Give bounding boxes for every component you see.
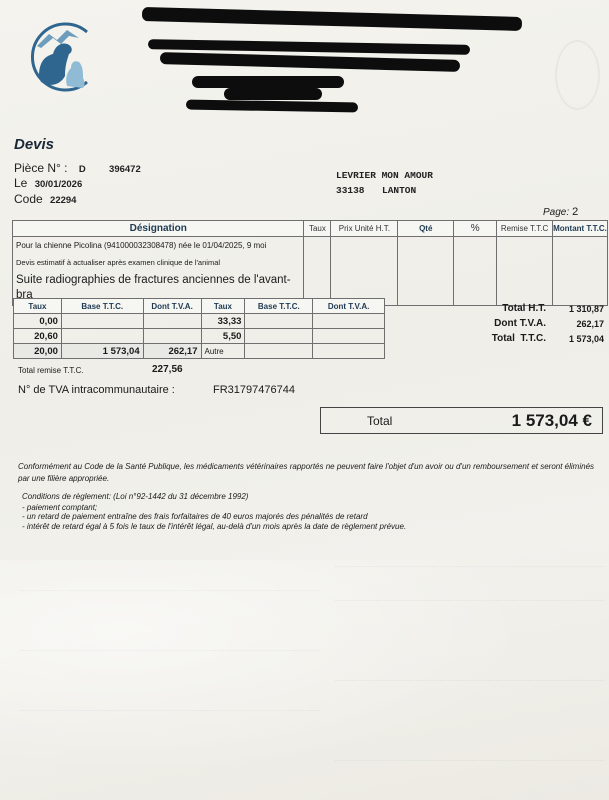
col-dont-tva-2: Dont T.V.A.	[313, 299, 385, 314]
col-qte: Qté	[398, 221, 454, 237]
col-taux-1: Taux	[14, 299, 62, 314]
taux-2: 33,33	[201, 314, 245, 329]
legal-notice: Conformément au Code de la Santé Publiqu…	[18, 461, 603, 485]
taux-2: Autre	[201, 344, 245, 359]
designation-line: Devis estimatif à actualiser après exame…	[13, 254, 303, 271]
remise-cell	[497, 237, 553, 306]
total-ht-label: Total H.T.	[456, 303, 546, 314]
tva-breakdown-table: Taux Base T.T.C. Dont T.V.A. Taux Base T…	[13, 298, 385, 359]
base-ttc-1: 1 573,04	[61, 344, 143, 359]
base-ttc-2	[245, 344, 313, 359]
tva-header-row: Taux Base T.T.C. Dont T.V.A. Taux Base T…	[14, 299, 385, 314]
condition-item: - intérêt de retard égal à 5 fois le tau…	[22, 522, 502, 532]
taux-1: 20,60	[14, 329, 62, 344]
client-city: LANTON	[382, 185, 416, 196]
dont-tva-2	[313, 344, 385, 359]
tva-intra-number: FR31797476744	[213, 384, 295, 396]
grand-total-value: 1 573,04 €	[497, 411, 592, 431]
totals-summary: Total H.T. 1 310,87 Dont T.V.A. 262,17 T…	[456, 301, 604, 346]
base-ttc-1	[61, 329, 143, 344]
clinic-logo-icon	[27, 16, 97, 94]
col-percent: %	[454, 221, 497, 237]
tva-row: 20,60 5,50	[14, 329, 385, 344]
designation-table: Désignation Taux Prix Unité H.T. Qté % R…	[12, 220, 608, 306]
condition-item: - paiement comptant;	[22, 503, 502, 513]
dont-tva-1: 262,17	[143, 344, 201, 359]
ghost-line	[335, 760, 605, 761]
total-ht-value: 1 310,87	[546, 304, 604, 314]
document-type-title: Devis	[14, 136, 54, 153]
montant-cell	[553, 237, 608, 306]
col-montant: Montant T.T.C.	[553, 221, 608, 237]
qte-cell	[398, 237, 454, 306]
redaction-mark	[142, 7, 522, 31]
total-ttc-value: 1 573,04	[546, 334, 604, 344]
page-number: 2	[572, 206, 578, 218]
dont-tva-value: 262,17	[546, 319, 604, 329]
table-row: Pour la chienne Picolina (94100003230847…	[13, 237, 608, 306]
redaction-mark	[224, 88, 322, 100]
document-date: 30/01/2026	[35, 179, 83, 190]
tva-row: 20,00 1 573,04 262,17 Autre	[14, 344, 385, 359]
condition-item: - un retard de paiement entraîne des fra…	[22, 512, 502, 522]
table-header-row: Désignation Taux Prix Unité H.T. Qté % R…	[13, 221, 608, 237]
tva-row: 0,00 33,33	[14, 314, 385, 329]
col-taux: Taux	[304, 221, 331, 237]
page-indicator: Page:2	[543, 206, 578, 218]
total-remise-label: Total remise T.T.C.	[18, 366, 84, 375]
ghost-line	[335, 680, 605, 681]
dont-tva-2	[313, 329, 385, 344]
base-ttc-2	[245, 314, 313, 329]
dont-tva-1	[143, 314, 201, 329]
dont-tva-2	[313, 314, 385, 329]
grand-total-label: Total	[367, 414, 497, 428]
date-line: Le 30/01/2026	[14, 176, 82, 190]
base-ttc-1	[61, 314, 143, 329]
base-ttc-2	[245, 329, 313, 344]
col-base-ttc-1: Base T.T.C.	[61, 299, 143, 314]
piece-number: 396472	[109, 164, 141, 175]
designation-line: Pour la chienne Picolina (94100003230847…	[13, 237, 303, 254]
col-prix-unite: Prix Unité H.T.	[331, 221, 398, 237]
piece-label: Pièce N° :	[14, 161, 67, 175]
dont-tva-row: Dont T.V.A. 262,17	[456, 316, 604, 331]
ghost-line	[20, 710, 320, 711]
payment-conditions: Conditions de règlement: (Loi n°92-1442 …	[22, 492, 502, 531]
ghost-line	[20, 650, 320, 651]
client-name: LEVRIER MON AMOUR	[336, 170, 433, 181]
col-dont-tva-1: Dont T.V.A.	[143, 299, 201, 314]
total-remise-value: 227,56	[152, 364, 183, 375]
piece-number-line: Pièce N° : D 396472	[14, 161, 141, 175]
taux-2: 5,50	[201, 329, 245, 344]
prix-unite-cell	[331, 237, 398, 306]
ghost-line	[335, 566, 605, 567]
client-code: 22294	[50, 195, 76, 206]
col-remise: Remise T.T.C	[497, 221, 553, 237]
ghost-line	[335, 600, 605, 601]
total-ttc-row: Total T.T.C. 1 573,04	[456, 331, 604, 346]
col-designation: Désignation	[13, 221, 304, 237]
total-ht-row: Total H.T. 1 310,87	[456, 301, 604, 316]
ghost-logo-bleedthrough	[555, 40, 600, 110]
col-taux-2: Taux	[201, 299, 245, 314]
taux-cell	[304, 237, 331, 306]
designation-cell: Pour la chienne Picolina (94100003230847…	[13, 237, 304, 306]
date-label: Le	[14, 176, 27, 190]
percent-cell	[454, 237, 497, 306]
col-base-ttc-2: Base T.T.C.	[245, 299, 313, 314]
dont-tva-1	[143, 329, 201, 344]
total-ttc-label: Total T.T.C.	[456, 333, 546, 344]
conditions-title: Conditions de règlement: (Loi n°92-1442 …	[22, 492, 502, 502]
client-postal-code: 33138	[336, 185, 365, 196]
code-label: Code	[14, 192, 43, 206]
redaction-mark	[186, 99, 358, 112]
ghost-line	[20, 590, 320, 591]
dont-tva-label: Dont T.V.A.	[456, 318, 546, 329]
redaction-mark	[192, 76, 344, 88]
page-label: Page:	[543, 207, 569, 218]
tva-intra-label: N° de TVA intracommunautaire :	[18, 384, 175, 396]
grand-total-box: Total 1 573,04 €	[320, 407, 603, 434]
bleedthrough-area	[0, 560, 609, 800]
taux-1: 0,00	[14, 314, 62, 329]
code-line: Code 22294	[14, 192, 76, 206]
piece-prefix: D	[79, 164, 86, 175]
taux-1: 20,00	[14, 344, 62, 359]
